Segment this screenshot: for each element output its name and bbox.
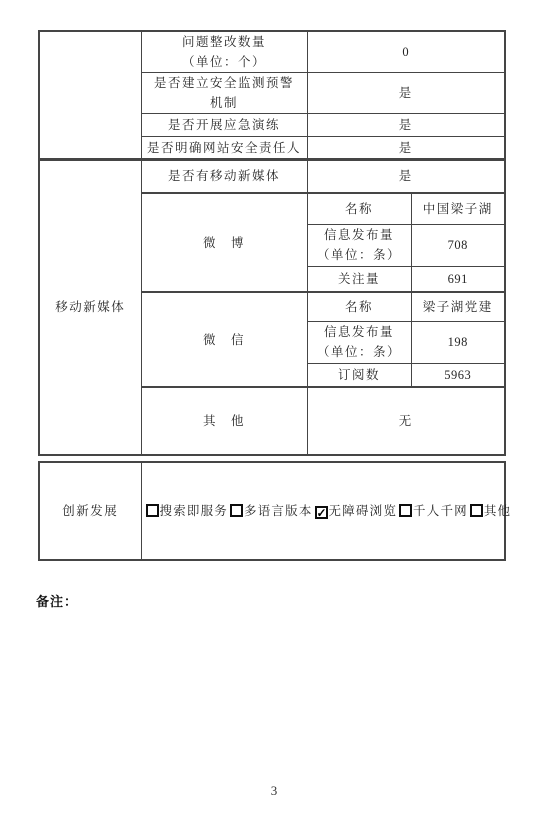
- wechat-posts-label: 信息发布量 （单位：条）: [307, 321, 411, 363]
- security-responsible-person-value: 是: [307, 137, 505, 160]
- label-line: 信息发布量: [310, 225, 409, 245]
- security-table: 问题整改数量 （单位：个） 0 是否建立安全监测预警 机制 是 是否开展应急演练…: [38, 30, 506, 161]
- mobile-media-section-label: 移动新媒体: [39, 159, 141, 455]
- label-line: （单位：个）: [144, 52, 305, 72]
- has-mobile-media-label: 是否有移动新媒体: [141, 159, 307, 193]
- security-monitoring-mechanism-label: 是否建立安全监测预警 机制: [141, 73, 307, 114]
- checkbox-checked-icon: ✓: [315, 506, 328, 519]
- option-thousand-sites: 千人千网: [397, 501, 468, 521]
- option-label: 千人千网: [413, 504, 468, 518]
- label-line: （单位：条）: [310, 245, 409, 265]
- wechat-name-label: 名称: [307, 292, 411, 321]
- wechat-subscribers-value: 5963: [411, 363, 505, 387]
- option-label: 多语言版本: [244, 504, 313, 518]
- checkbox-unchecked-icon: [230, 504, 243, 517]
- weibo-label: 微 博: [141, 193, 307, 292]
- checkbox-unchecked-icon: [146, 504, 159, 517]
- weibo-name-value: 中国梁子湖: [411, 193, 505, 224]
- page-number: 3: [0, 783, 548, 799]
- report-page: 问题整改数量 （单位：个） 0 是否建立安全监测预警 机制 是 是否开展应急演练…: [0, 0, 548, 820]
- security-monitoring-mechanism-value: 是: [307, 73, 505, 114]
- option-label: 无障碍浏览: [329, 504, 398, 518]
- weibo-followers-value: 691: [411, 266, 505, 292]
- wechat-subscribers-label: 订阅数: [307, 363, 411, 387]
- innovation-section-label: 创新发展: [39, 462, 141, 560]
- other-media-label: 其 他: [141, 387, 307, 455]
- option-label: 其他: [484, 504, 511, 518]
- mobile-media-table: 移动新媒体 是否有移动新媒体 是 微 博 名称 中国梁子湖 信息发布量 （单位：…: [38, 158, 506, 456]
- option-multilingual: 多语言版本: [228, 501, 313, 521]
- notes-label: 备注：: [36, 591, 78, 610]
- table-row: 问题整改数量 （单位：个） 0: [39, 31, 505, 73]
- label-line: （单位：条）: [310, 342, 409, 362]
- option-other: 其他: [468, 501, 511, 521]
- empty-section-cell: [39, 31, 141, 160]
- option-label: 搜索即服务: [160, 504, 229, 518]
- issue-rectification-count-value: 0: [307, 31, 505, 73]
- label-line: 是否建立安全监测预警: [144, 73, 305, 93]
- issue-rectification-count-label: 问题整改数量 （单位：个）: [141, 31, 307, 73]
- weibo-posts-label: 信息发布量 （单位：条）: [307, 224, 411, 266]
- wechat-posts-value: 198: [411, 321, 505, 363]
- label-line: 信息发布量: [310, 322, 409, 342]
- table-row: 创新发展 搜索即服务多语言版本✓无障碍浏览千人千网其他: [39, 462, 505, 560]
- emergency-drill-value: 是: [307, 114, 505, 137]
- table-row: 移动新媒体 是否有移动新媒体 是: [39, 159, 505, 193]
- weibo-followers-label: 关注量: [307, 266, 411, 292]
- wechat-label: 微 信: [141, 292, 307, 387]
- other-media-value: 无: [307, 387, 505, 455]
- label-line: 问题整改数量: [144, 32, 305, 52]
- checkbox-unchecked-icon: [470, 504, 483, 517]
- weibo-name-label: 名称: [307, 193, 411, 224]
- security-responsible-person-label: 是否明确网站安全责任人: [141, 137, 307, 160]
- option-search-service: 搜索即服务: [144, 501, 229, 521]
- innovation-options-cell: 搜索即服务多语言版本✓无障碍浏览千人千网其他: [141, 462, 505, 560]
- wechat-name-value: 梁子湖党建: [411, 292, 505, 321]
- has-mobile-media-value: 是: [307, 159, 505, 193]
- option-accessibility: ✓无障碍浏览: [313, 501, 398, 521]
- innovation-table: 创新发展 搜索即服务多语言版本✓无障碍浏览千人千网其他: [38, 461, 506, 561]
- weibo-posts-value: 708: [411, 224, 505, 266]
- label-line: 机制: [144, 93, 305, 113]
- emergency-drill-label: 是否开展应急演练: [141, 114, 307, 137]
- checkbox-unchecked-icon: [399, 504, 412, 517]
